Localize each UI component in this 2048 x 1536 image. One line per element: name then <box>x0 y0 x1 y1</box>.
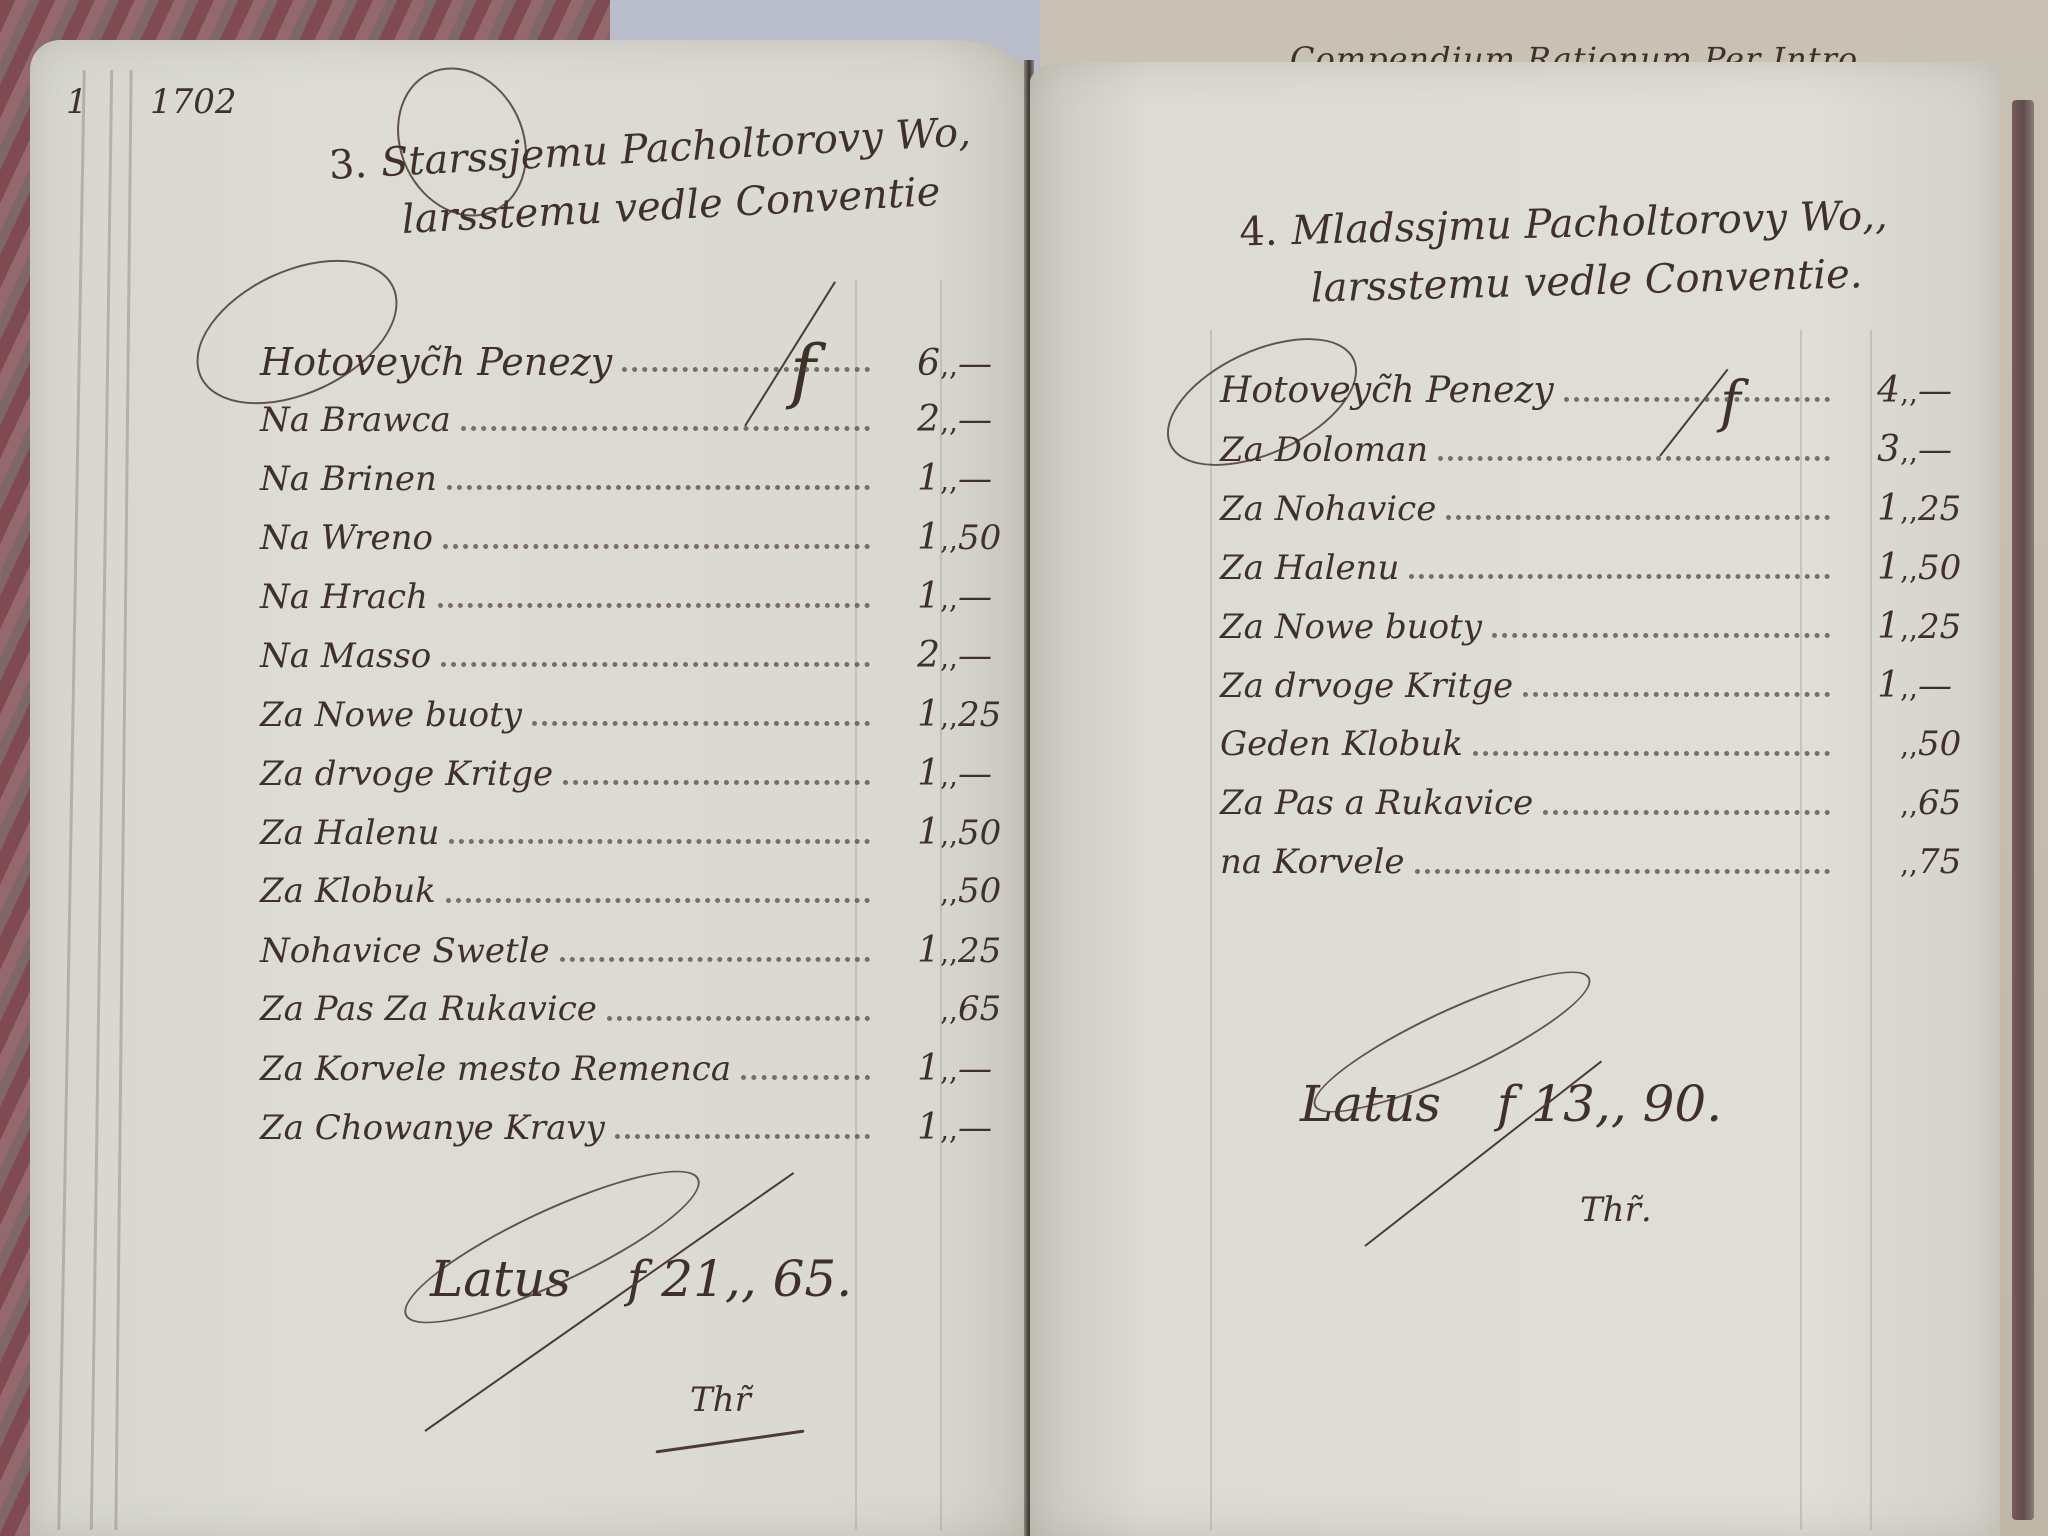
value-separator: ,, <box>940 405 958 438</box>
entry-florins: 1 <box>1840 488 1900 529</box>
entry-kreuzer: 50 <box>1918 548 1980 588</box>
value-separator: ,, <box>940 464 958 497</box>
value-separator: ,, <box>1900 494 1918 527</box>
leader-dots <box>438 603 870 608</box>
entry-kreuzer: — <box>958 400 1020 440</box>
ledger-row: Hotoveyc̃h Penezy 6 ,, — <box>260 340 1020 399</box>
leader-dots <box>1415 869 1830 874</box>
value-separator: ,, <box>1900 671 1918 704</box>
entry-florins: 1 <box>1840 606 1900 647</box>
left-signature: Thr̃ <box>690 1380 751 1420</box>
leader-dots <box>560 957 870 962</box>
value-separator: ,, <box>940 876 958 909</box>
value-separator: ,, <box>940 523 958 556</box>
total-amount: 21,, 65. <box>661 1250 852 1308</box>
entry-kreuzer: — <box>958 1049 1020 1089</box>
leader-dots <box>1492 633 1830 638</box>
leader-dots <box>1446 515 1830 520</box>
entry-label: Za drvoge Kritge <box>1220 666 1513 706</box>
entry-label: Na Wreno <box>260 518 433 558</box>
entry-kreuzer: — <box>958 636 1020 676</box>
leader-dots <box>441 662 870 667</box>
ledger-row: Za Chowanye Kravy 1 ,, — <box>260 1107 1020 1166</box>
entry-florins: 1 <box>880 694 940 735</box>
ledger-row: Za Doloman 3 ,, — <box>1220 429 1980 488</box>
entry-kreuzer: 50 <box>958 518 1020 558</box>
value-separator: ,, <box>1900 376 1918 409</box>
value-separator: ,, <box>940 641 958 674</box>
right-ledger: Hotoveyc̃h Penezy 4 ,, — Za Doloman 3 ,,… <box>1220 370 1980 901</box>
value-separator: ,, <box>1900 847 1918 880</box>
ledger-row: Za drvoge Kritge 1 ,, — <box>260 753 1020 812</box>
ledger-row: Na Masso 2 ,, — <box>260 635 1020 694</box>
value-separator: ,, <box>1900 553 1918 586</box>
entry-florins: 6 <box>880 343 940 384</box>
entry-kreuzer: 25 <box>958 695 1020 735</box>
ledger-row: Za Halenu 1 ,, 50 <box>260 812 1020 871</box>
year-label: 1702 <box>150 82 237 122</box>
ledger-row: Hotoveyc̃h Penezy 4 ,, — <box>1220 370 1980 429</box>
entry-label: Za Halenu <box>260 813 439 853</box>
leader-dots <box>741 1075 870 1080</box>
value-separator: ,, <box>940 700 958 733</box>
leader-dots <box>1543 810 1830 815</box>
value-separator: ,, <box>1900 729 1918 762</box>
value-separator: ,, <box>1900 788 1918 821</box>
entry-kreuzer: 75 <box>1918 842 1980 882</box>
total-label: Latus <box>1300 1075 1441 1133</box>
entry-label: Hotoveyc̃h Penezy <box>260 340 612 384</box>
entry-florins: 1 <box>1840 665 1900 706</box>
leader-dots <box>447 485 870 490</box>
entry-label: Za drvoge Kritge <box>260 754 553 794</box>
ledger-row: Za Pas Za Rukavice ,, 65 <box>260 989 1020 1048</box>
value-separator: ,, <box>940 759 958 792</box>
ledger-row: Za Klobuk ,, 50 <box>260 871 1020 930</box>
entry-kreuzer: — <box>958 344 1020 384</box>
entry-label: Na Masso <box>260 636 431 676</box>
entry-kreuzer: 25 <box>958 931 1020 971</box>
ledger-row: Za Nowe buoty 1 ,, 25 <box>260 694 1020 753</box>
entry-label: Na Brawca <box>260 400 451 440</box>
entry-label: Za Halenu <box>1220 548 1399 588</box>
leader-dots <box>461 426 870 431</box>
leader-dots <box>532 721 870 726</box>
entry-label: Za Nohavice <box>1220 489 1436 529</box>
leader-dots <box>607 1016 870 1021</box>
value-separator: ,, <box>940 1054 958 1087</box>
entry-label: Za Pas Za Rukavice <box>260 989 597 1029</box>
entry-kreuzer: 50 <box>958 813 1020 853</box>
right-total: Latus f 13,, 90. <box>1300 1075 1722 1133</box>
entry-kreuzer: 65 <box>958 989 1020 1029</box>
ledger-row: Nohavice Swetle 1 ,, 25 <box>260 930 1020 989</box>
entry-florins: 1 <box>880 753 940 794</box>
entry-kreuzer: — <box>958 754 1020 794</box>
leader-dots <box>1409 574 1830 579</box>
entry-label: Za Nowe buoty <box>1220 607 1482 647</box>
left-ledger: Hotoveyc̃h Penezy 6 ,, — Na Brawca 2 ,, … <box>260 340 1020 1166</box>
entry-label: Za Klobuk <box>260 871 436 911</box>
ledger-row: Za Korvele mesto Remenca 1 ,, — <box>260 1048 1020 1107</box>
value-separator: ,, <box>1900 612 1918 645</box>
entry-florins: 1 <box>880 458 940 499</box>
entry-label: Na Brinen <box>260 459 437 499</box>
ledger-row: Za Halenu 1 ,, 50 <box>1220 547 1980 606</box>
ledger-row: Na Hrach 1 ,, — <box>260 576 1020 635</box>
ledger-row: Na Brinen 1 ,, — <box>260 458 1020 517</box>
entry-label: Na Hrach <box>260 577 428 617</box>
total-label: Latus <box>430 1250 571 1308</box>
entry-kreuzer: — <box>958 459 1020 499</box>
leader-dots <box>615 1134 870 1139</box>
leader-dots <box>1438 456 1830 461</box>
entry-florins: 3 <box>1840 429 1900 470</box>
ledger-row: Za drvoge Kritge 1 ,, — <box>1220 665 1980 724</box>
leader-dots <box>622 367 870 372</box>
value-separator: ,, <box>940 1113 958 1146</box>
ledger-row: Za Nowe buoty 1 ,, 25 <box>1220 606 1980 665</box>
heading-number: 3. <box>328 141 369 189</box>
value-separator: ,, <box>940 994 958 1027</box>
entry-kreuzer: — <box>1918 666 1980 706</box>
entry-kreuzer: 50 <box>958 871 1020 911</box>
entry-kreuzer: — <box>1918 430 1980 470</box>
entry-kreuzer: — <box>958 577 1020 617</box>
entry-label: na Korvele <box>1220 842 1405 882</box>
entry-label: Za Nowe buoty <box>260 695 522 735</box>
heading-line-1: Mladssjmu Pacholtorovy Wo,, <box>1291 193 1888 255</box>
entry-kreuzer: — <box>958 1108 1020 1148</box>
entry-florins: 1 <box>880 1048 940 1089</box>
entry-florins: 1 <box>880 812 940 853</box>
entry-florins: 4 <box>1840 370 1900 411</box>
entry-florins: 1 <box>880 930 940 971</box>
entry-label: Za Pas a Rukavice <box>1220 783 1533 823</box>
entry-label: Za Chowanye Kravy <box>260 1108 605 1148</box>
leader-dots <box>443 544 870 549</box>
entry-label: Za Doloman <box>1220 430 1428 470</box>
margin-mark: 1 <box>66 82 88 122</box>
leader-dots <box>1564 397 1830 402</box>
back-book-spine-edge <box>2012 100 2034 1520</box>
value-separator: ,, <box>1900 435 1918 468</box>
heading-number: 4. <box>1239 209 1278 256</box>
total-amount: 13,, 90. <box>1531 1075 1722 1133</box>
entry-label: Za Korvele mesto Remenca <box>260 1049 731 1089</box>
entry-florins: 1 <box>880 517 940 558</box>
entry-kreuzer: 65 <box>1918 783 1980 823</box>
entry-kreuzer: — <box>1918 371 1980 411</box>
entry-florins: 2 <box>880 399 940 440</box>
value-separator: ,, <box>940 349 958 382</box>
value-separator: ,, <box>940 818 958 851</box>
value-separator: ,, <box>940 936 958 969</box>
entry-florins: 2 <box>880 635 940 676</box>
entry-florins: 1 <box>880 576 940 617</box>
ledger-row: na Korvele ,, 75 <box>1220 842 1980 901</box>
right-page-column-rule <box>1210 330 1212 1530</box>
leader-dots <box>446 898 870 903</box>
entry-florins: 1 <box>1840 547 1900 588</box>
leader-dots <box>1473 751 1830 756</box>
right-signature: Thr̃. <box>1580 1190 1652 1230</box>
entry-label: Geden Klobuk <box>1220 724 1463 764</box>
entry-kreuzer: 25 <box>1918 489 1980 529</box>
ledger-row: Na Wreno 1 ,, 50 <box>260 517 1020 576</box>
entry-kreuzer: 25 <box>1918 607 1980 647</box>
entry-label: Nohavice Swetle <box>260 931 550 971</box>
leader-dots <box>449 839 870 844</box>
ledger-row: Za Nohavice 1 ,, 25 <box>1220 488 1980 547</box>
ledger-row: Za Pas a Rukavice ,, 65 <box>1220 783 1980 842</box>
ledger-row: Geden Klobuk ,, 50 <box>1220 724 1980 783</box>
entry-kreuzer: 50 <box>1918 724 1980 764</box>
leader-dots <box>1523 692 1830 697</box>
total-currency: f <box>1497 1075 1516 1133</box>
entry-florins: 1 <box>880 1107 940 1148</box>
leader-dots <box>563 780 870 785</box>
ledger-row: Na Brawca 2 ,, — <box>260 399 1020 458</box>
right-page-heading: 4.Mladssjmu Pacholtorovy Wo,, larsstemu … <box>1239 187 1890 320</box>
entry-label: Hotoveyc̃h Penezy <box>1220 370 1554 411</box>
value-separator: ,, <box>940 582 958 615</box>
